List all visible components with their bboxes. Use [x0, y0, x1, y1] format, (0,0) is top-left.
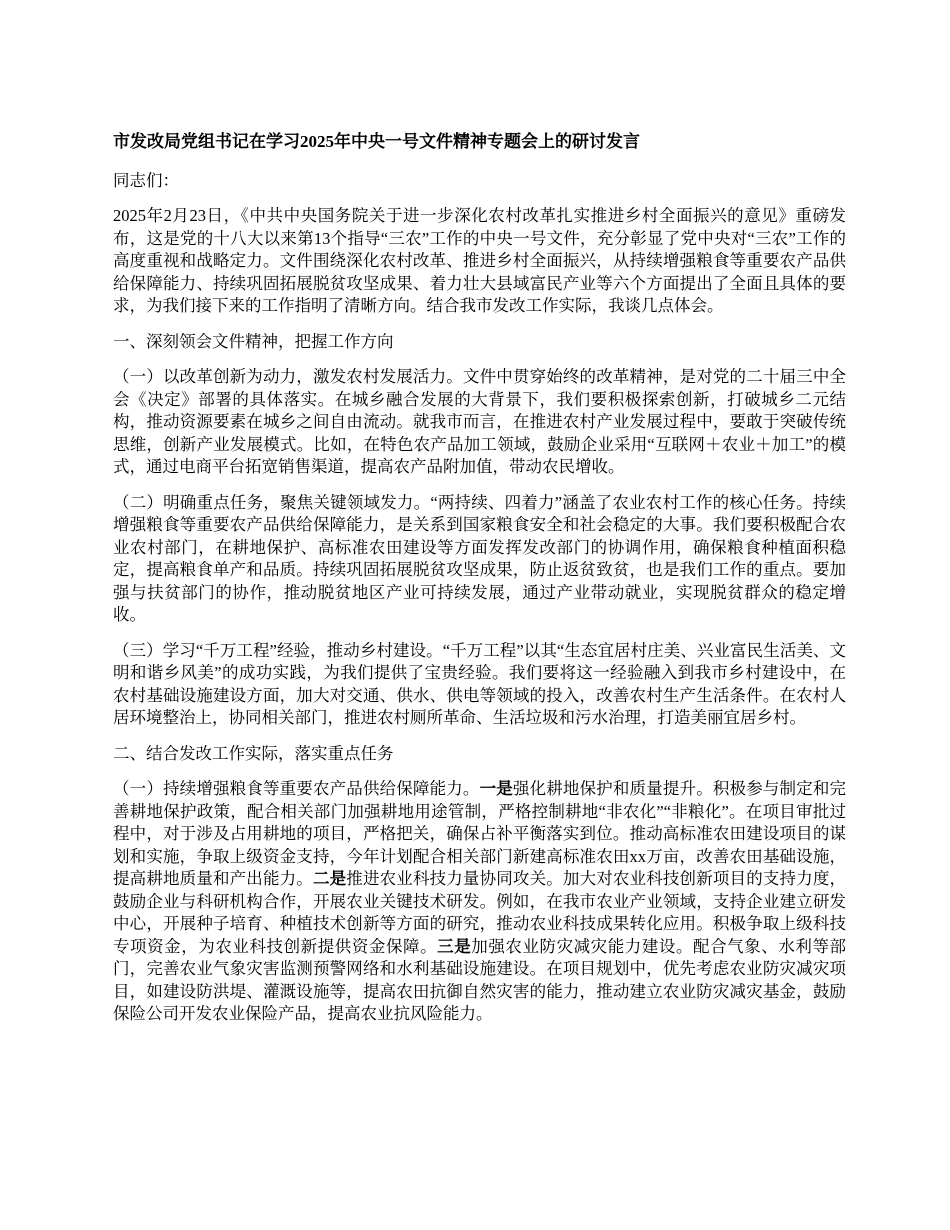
text-run: 2025年2月23日，《中共中央国务院关于进一步深化农村改革扎实推进乡村全面振兴…	[113, 206, 846, 315]
section-1-point-3: （三）学习“千万工程”经验，推动乡村建设。“千万工程”以其“生态宜居村庄美、兴业…	[113, 640, 846, 730]
emphasis-run: 二是	[313, 869, 346, 888]
text-run: 二、结合发改工作实际，落实重点任务	[113, 744, 394, 763]
text-run: （一）持续增强粮食等重要农产品供给保障能力。	[113, 779, 480, 798]
text-run: （三）学习“千万工程”经验，推动乡村建设。“千万工程”以其“生态宜居村庄美、兴业…	[113, 641, 846, 728]
section-1-point-1: （一）以改革创新为动力，激发农村发展活力。文件中贯穿始终的改革精神，是对党的二十…	[113, 366, 846, 479]
document-page: 市发改局党组书记在学习2025年中央一号文件精神专题会上的研讨发言 同志们： 2…	[0, 0, 950, 1230]
section-1-heading: 一、深刻领会文件精神，把握工作方向	[113, 331, 846, 354]
section-2-point-1: （一）持续增强粮食等重要农产品供给保障能力。一是强化耕地保护和质量提升。积极参与…	[113, 778, 846, 1026]
section-1-point-2: （二）明确重点任务，聚焦关键领域发力。“两持续、四着力”涵盖了农业农村工作的核心…	[113, 492, 846, 627]
emphasis-run: 一是	[480, 779, 513, 798]
opening-paragraph: 2025年2月23日，《中共中央国务院关于进一步深化农村改革扎实推进乡村全面振兴…	[113, 205, 846, 318]
text-run: 一、深刻领会文件精神，把握工作方向	[113, 332, 394, 351]
document-body: 2025年2月23日，《中共中央国务院关于进一步深化农村改革扎实推进乡村全面振兴…	[113, 205, 846, 1026]
salutation: 同志们：	[113, 170, 846, 193]
text-run: （二）明确重点任务，聚焦关键领域发力。“两持续、四着力”涵盖了农业农村工作的核心…	[113, 493, 846, 625]
document-title: 市发改局党组书记在学习2025年中央一号文件精神专题会上的研讨发言	[113, 131, 846, 154]
text-run: （一）以改革创新为动力，激发农村发展活力。文件中贯穿始终的改革精神，是对党的二十…	[113, 367, 846, 476]
section-2-heading: 二、结合发改工作实际，落实重点任务	[113, 743, 846, 766]
emphasis-run: 三是	[437, 937, 471, 956]
